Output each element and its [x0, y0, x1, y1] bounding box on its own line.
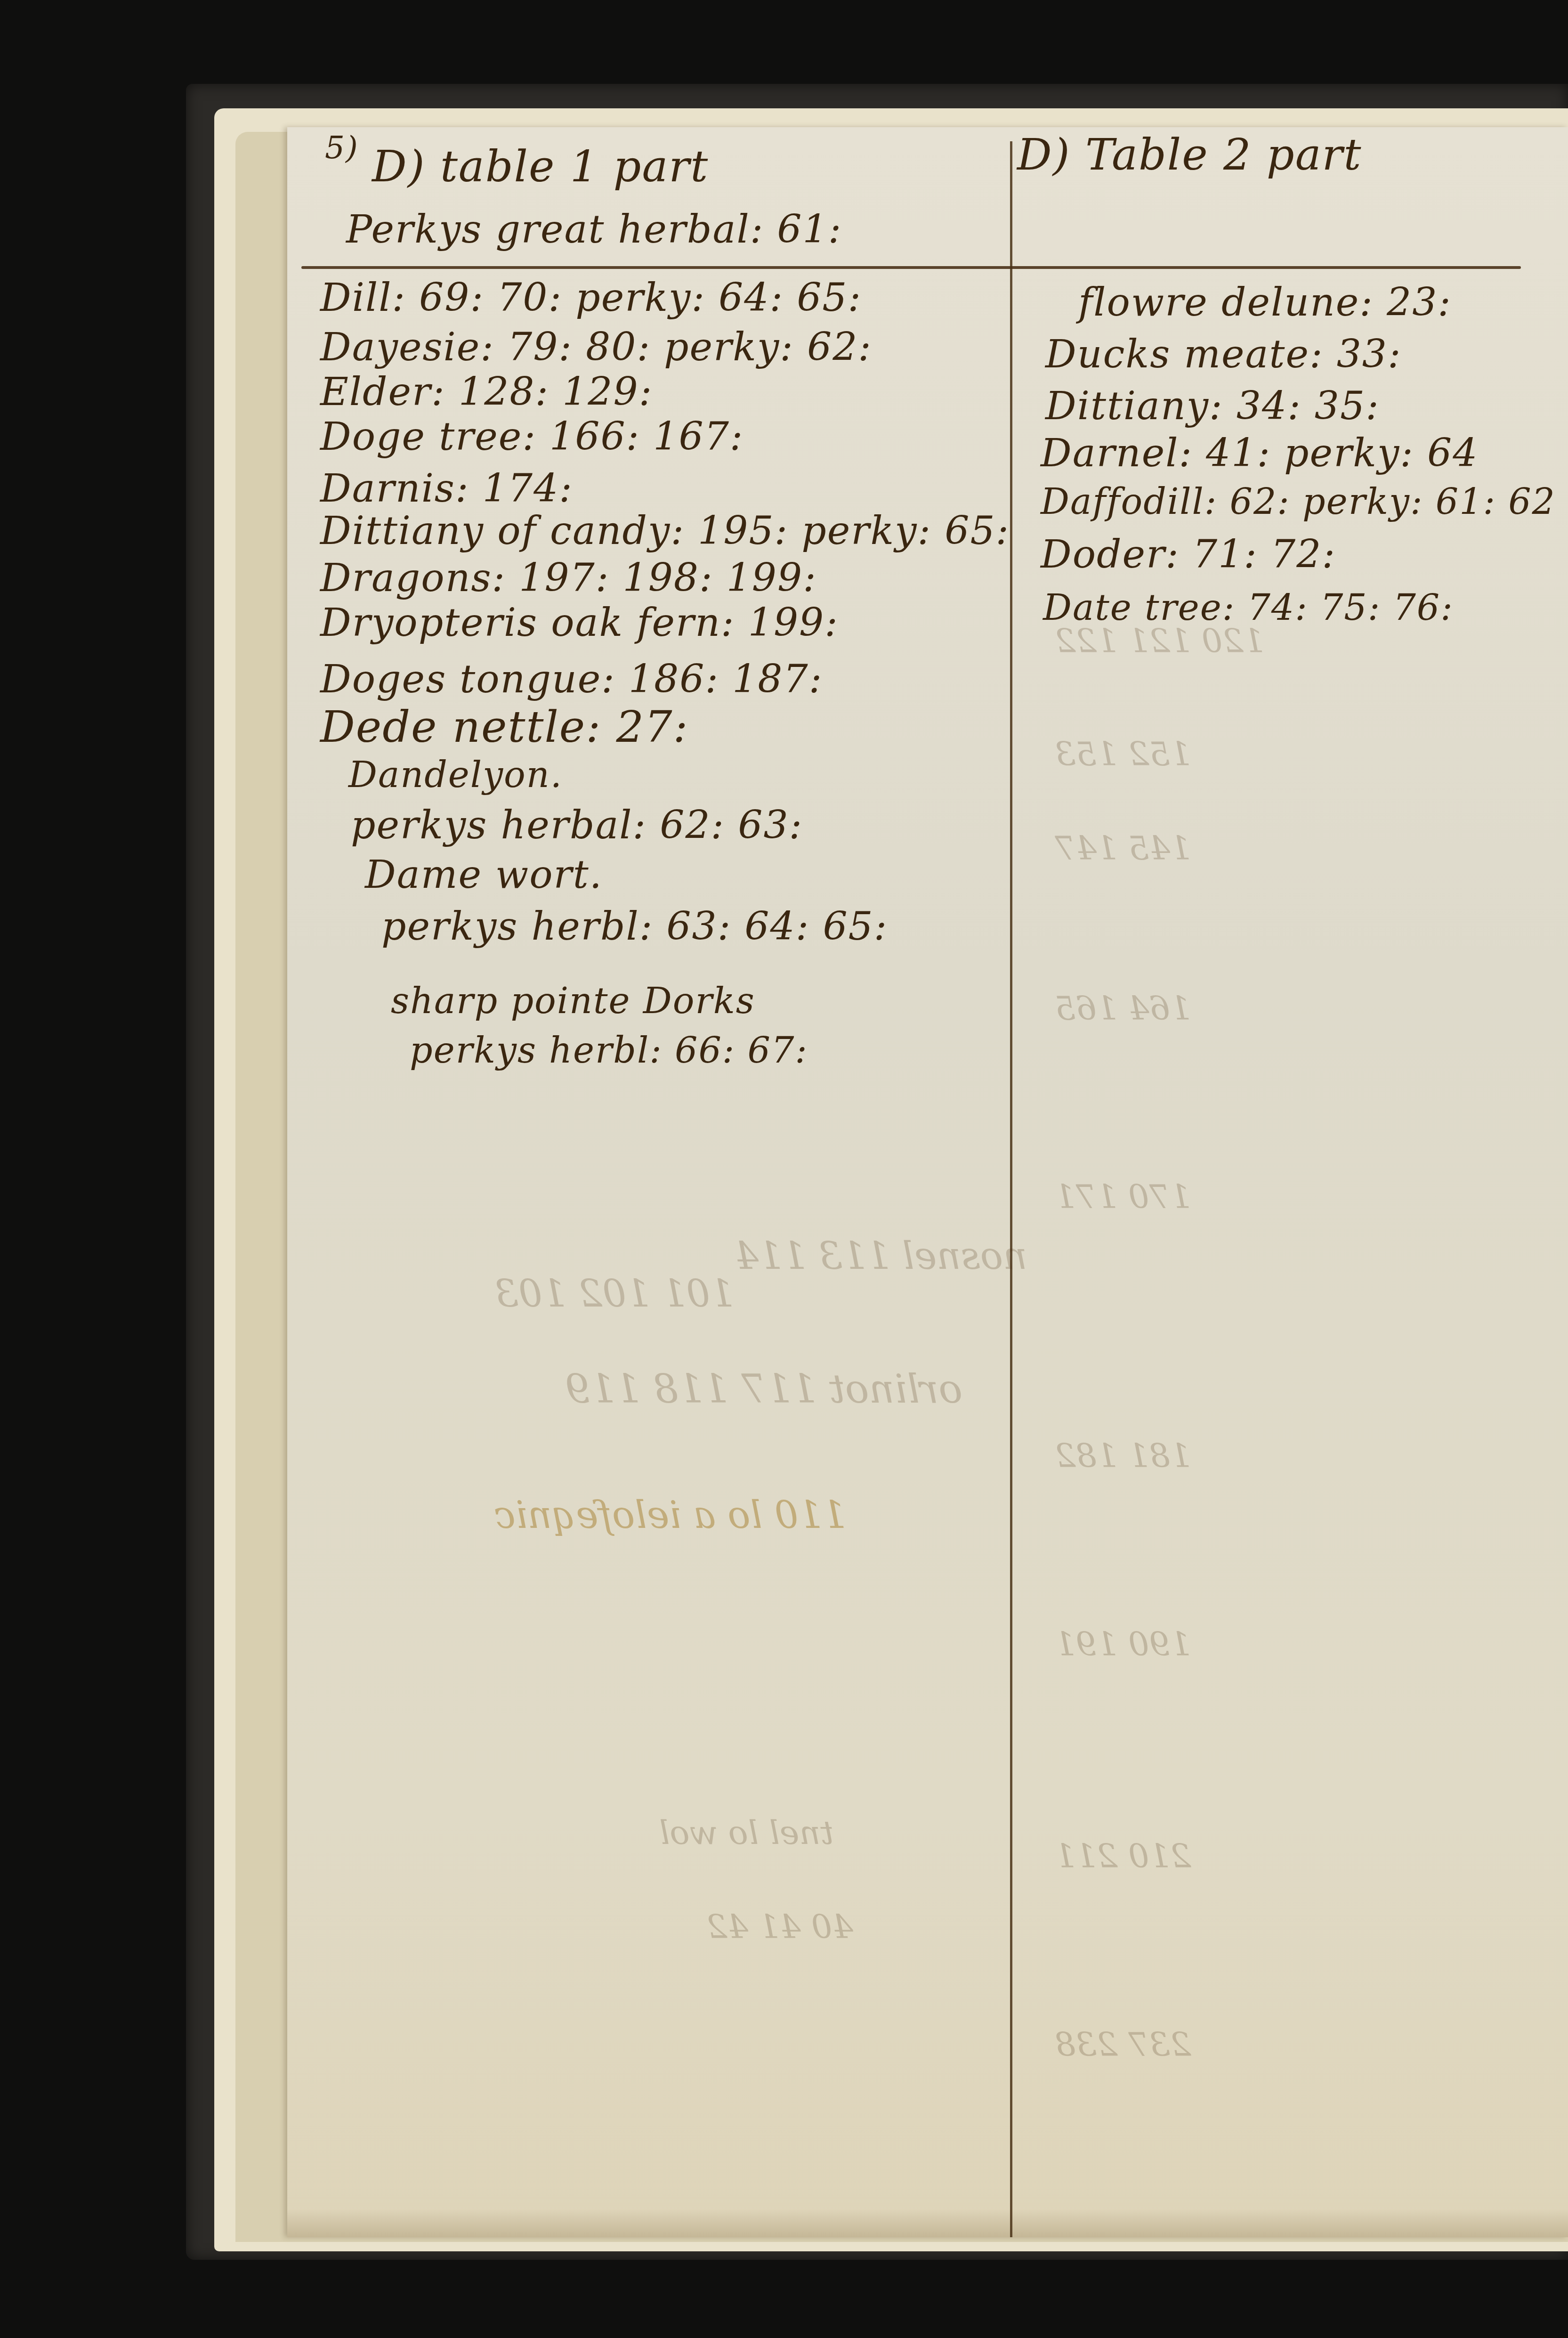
- show-through-ink: nosnel 113 114: [735, 1234, 1027, 1278]
- right-column-heading: D) Table 2 part: [1017, 130, 1362, 180]
- index-entry: Dill: 69: 70: perky: 64: 65:: [320, 276, 862, 320]
- index-entry: Dame wort.: [365, 852, 603, 897]
- show-through-ink: 152 153: [1055, 735, 1191, 773]
- index-entry: Doges tongue: 186: 187:: [320, 657, 823, 702]
- folio-number: 5): [325, 130, 359, 166]
- index-entry: perkys herbl: 63: 64: 65:: [381, 904, 888, 949]
- show-through-ink: 181 182: [1055, 1437, 1191, 1475]
- index-entry: Elder: 128: 129:: [320, 370, 653, 414]
- header-rule: [301, 266, 1521, 269]
- index-entry: sharp pointe Dorks: [391, 980, 755, 1022]
- show-through-ink: 210 211: [1055, 1837, 1191, 1875]
- index-entry: Dandelyon.: [348, 754, 563, 796]
- index-entry: perkys herbal: 62: 63:: [351, 803, 803, 848]
- show-through-ink: orlinot 117 118 119: [565, 1366, 962, 1412]
- index-entry: Doder: 71: 72:: [1041, 532, 1336, 577]
- show-through-ink: 190 191: [1055, 1625, 1191, 1664]
- index-entry: Ducks meate: 33:: [1045, 332, 1402, 377]
- index-entry: Dayesie: 79: 80: perky: 62:: [320, 325, 872, 370]
- index-entry: Daffodill: 62: perky: 61: 62: [1041, 480, 1556, 522]
- show-through-ink: 170 171: [1055, 1177, 1191, 1216]
- show-through-ink: 145 147: [1055, 829, 1191, 868]
- left-column-heading: D) table 1 part: [372, 141, 709, 192]
- show-through-ink: tnel lo wol: [659, 1813, 834, 1852]
- index-entry: perkys herbl: 66: 67:: [410, 1029, 808, 1071]
- show-through-ink: 40 41 42: [706, 1908, 853, 1946]
- index-entry: Dede nettle: 27:: [320, 702, 689, 752]
- index-entry: Dryopteris oak fern: 199:: [320, 601, 839, 645]
- show-through-ink: 237 238: [1055, 2025, 1191, 2064]
- index-entry: flowre delune: 23:: [1078, 280, 1452, 325]
- index-entry: Darnis: 174:: [320, 466, 573, 511]
- left-column-subheading: Perkys great herbal: 61:: [346, 207, 842, 252]
- show-through-ink: 164 165: [1055, 989, 1191, 1028]
- show-through-ink: 110 lo a ielofeqnic: [494, 1493, 846, 1537]
- show-through-ink: 101 102 103: [494, 1272, 734, 1315]
- column-divider: [1010, 141, 1012, 2237]
- index-entry: Doge tree: 166: 167:: [320, 414, 744, 459]
- index-entry: Darnel: 41: perky: 64: [1041, 431, 1478, 476]
- index-entry: Dragons: 197: 198: 199:: [320, 556, 817, 601]
- index-entry: Dittiany of candy: 195: perky: 65:: [320, 509, 1010, 553]
- index-entry: Dittiany: 34: 35:: [1045, 384, 1380, 429]
- index-entry: Date tree: 74: 75: 76:: [1043, 586, 1454, 628]
